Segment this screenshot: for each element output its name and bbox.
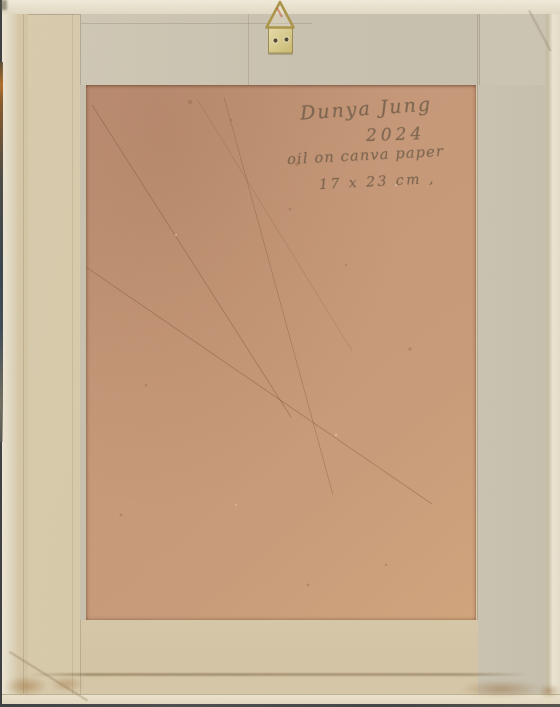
scratch-line	[92, 105, 291, 417]
stain	[4, 676, 48, 696]
backboard-seam	[72, 14, 73, 694]
picture-frame-back: Dunya Jung 2024 oil on canva paper 17 x …	[2, 0, 560, 703]
scratch-line	[197, 99, 352, 351]
tape-strip-right	[477, 14, 545, 694]
scratch-line	[86, 267, 432, 504]
cardboard-specks	[120, 100, 412, 587]
background-corner	[0, 0, 7, 10]
cardboard-backing: Dunya Jung 2024 oil on canva paper 17 x …	[86, 85, 476, 620]
stain	[538, 684, 560, 698]
hanger-rivet	[273, 38, 278, 43]
stain	[50, 676, 84, 692]
tape-seam	[248, 14, 249, 85]
frame-right-edge	[544, 14, 560, 694]
stain	[460, 680, 542, 698]
inscription-year: 2024	[366, 124, 426, 146]
triangle-hanger-icon	[260, 0, 302, 58]
framed-artwork-back-photo: Dunya Jung 2024 oil on canva paper 17 x …	[0, 0, 560, 707]
hanger-rivet	[284, 37, 289, 42]
scratch-marks	[86, 85, 476, 620]
tape-crease	[28, 673, 528, 676]
background-sliver	[0, 62, 3, 442]
tape-strip-bottom	[80, 620, 478, 694]
frame-left-edge	[2, 14, 28, 694]
